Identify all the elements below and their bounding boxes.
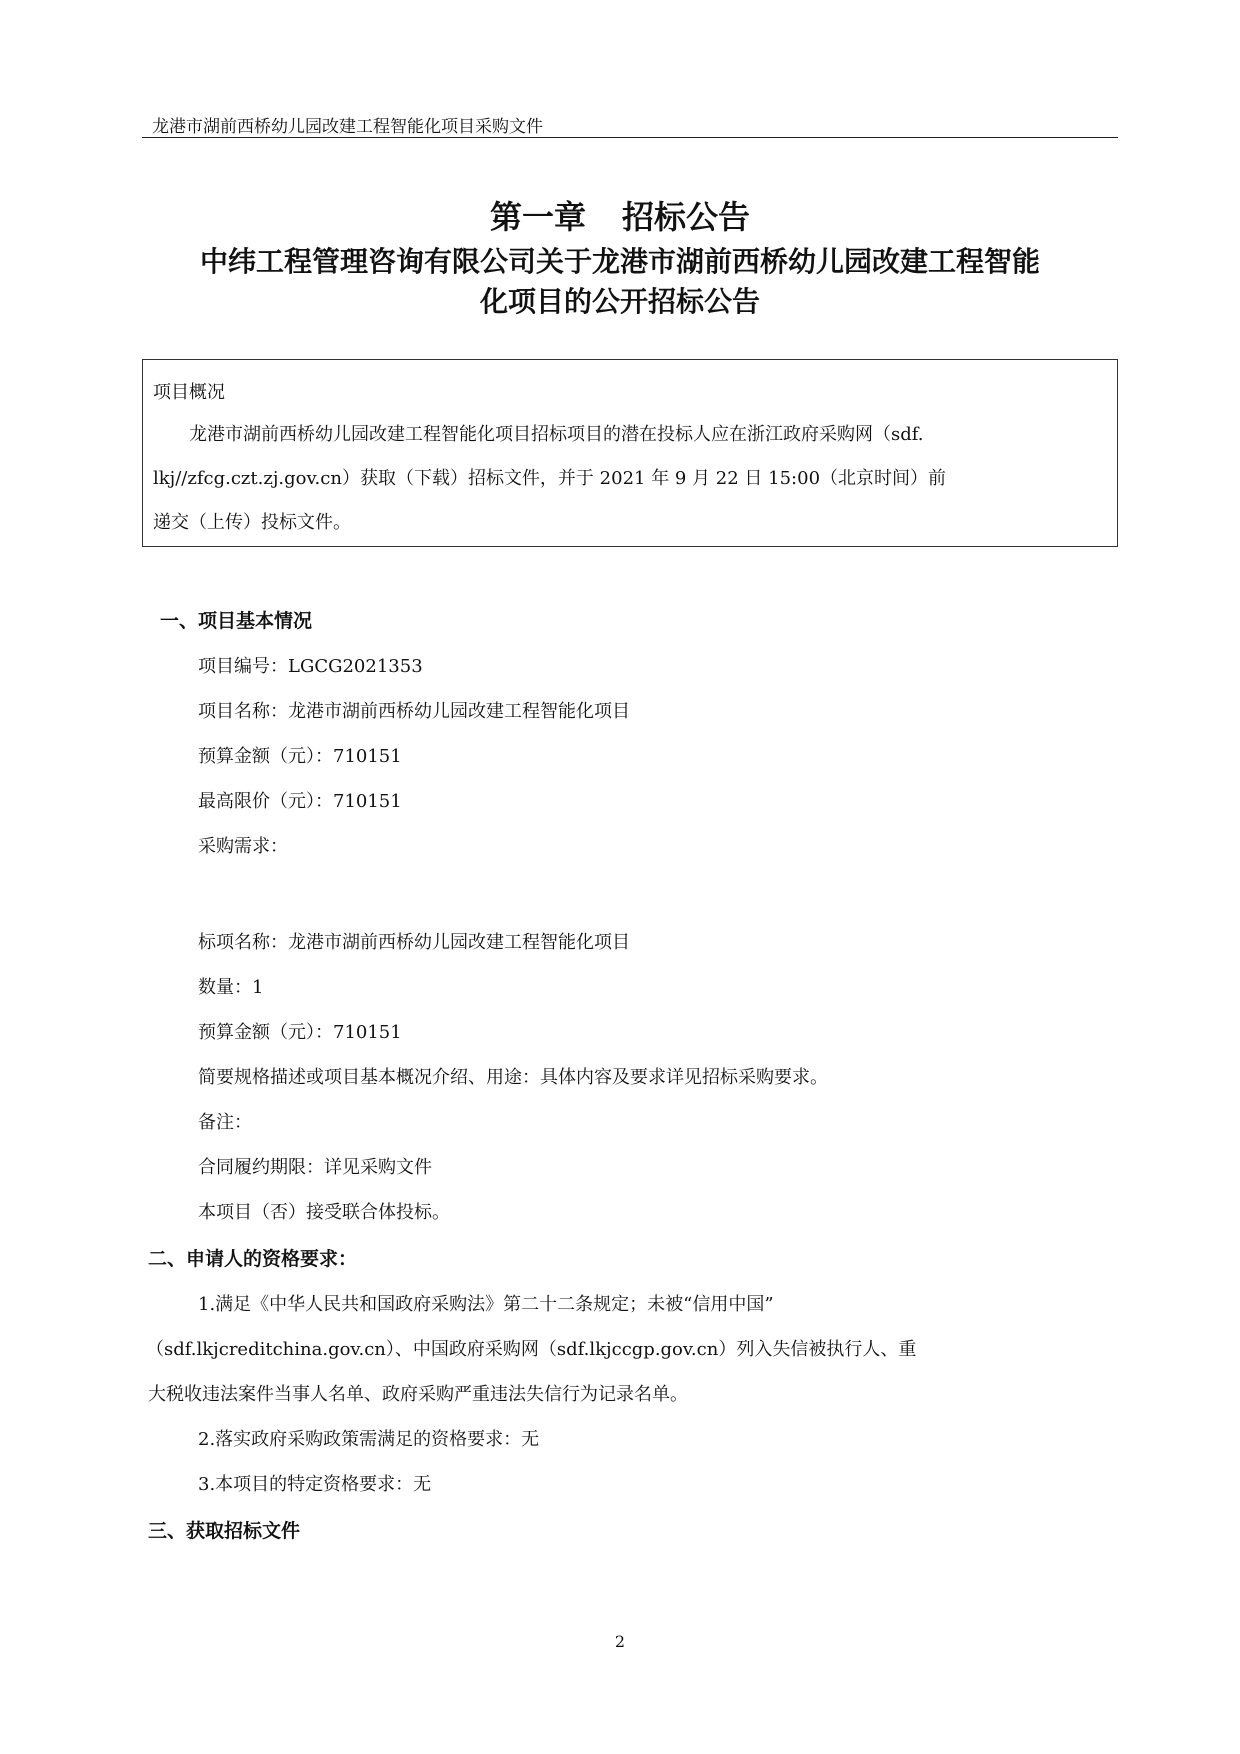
lot-budget: 预算金额（元）：710151 — [198, 1018, 402, 1044]
max-price: 最高限价（元）：710151 — [198, 787, 402, 813]
qualification-item-3: 3.本项目的特定资格要求：无 — [198, 1470, 431, 1496]
page-number: 2 — [0, 1632, 1240, 1651]
chapter-number: 第一章 — [490, 198, 586, 236]
header-divider — [142, 137, 1118, 138]
section2-heading: 二、申请人的资格要求： — [148, 1244, 357, 1271]
running-header: 龙港市湖前西桥幼儿园改建工程智能化项目采购文件 — [152, 112, 543, 137]
section3-heading: 三、获取招标文件 — [148, 1516, 300, 1543]
project-number: 项目编号：LGCG2021353 — [198, 652, 423, 678]
section1-heading: 一、项目基本情况 — [160, 606, 312, 633]
overview-line-2: lkj//zfcg.czt.zj.gov.cn）获取（下载）招标文件，并于 20… — [153, 464, 946, 490]
chapter-name: 招标公告 — [622, 198, 750, 236]
qualification-item-2: 2.落实政府采购政策需满足的资格要求：无 — [198, 1425, 539, 1451]
quantity: 数量：1 — [198, 973, 263, 999]
qualification-item-1-line2: （sdf.lkjcreditchina.gov.cn）、中国政府采购网（sdf.… — [146, 1335, 916, 1361]
overview-heading: 项目概况 — [153, 378, 225, 404]
brief-description: 简要规格描述或项目基本概况介绍、用途：具体内容及要求详见招标采购要求。 — [198, 1063, 828, 1089]
announcement-title-line2: 化项目的公开招标公告 — [0, 280, 1240, 320]
overview-line-3: 递交（上传）投标文件。 — [153, 508, 351, 534]
overview-line-1: 龙港市湖前西桥幼儿园改建工程智能化项目招标项目的潜在投标人应在浙江政府采购网（s… — [189, 420, 924, 446]
chapter-title: 第一章招标公告 — [0, 192, 1240, 238]
announcement-title-line1: 中纬工程管理咨询有限公司关于龙港市湖前西桥幼儿园改建工程智能 — [0, 240, 1240, 280]
procurement-demand-label: 采购需求： — [198, 832, 288, 858]
consortium-note: 本项目（否）接受联合体投标。 — [198, 1198, 450, 1224]
qualification-item-1-line1: 1.满足《中华人民共和国政府采购法》第二十二条规定；未被“信用中国” — [198, 1290, 774, 1316]
lot-name: 标项名称：龙港市湖前西桥幼儿园改建工程智能化项目 — [198, 928, 630, 954]
qualification-item-1-line3: 大税收违法案件当事人名单、政府采购严重违法失信行为记录名单。 — [148, 1380, 688, 1406]
budget-amount: 预算金额（元）：710151 — [198, 742, 402, 768]
project-overview-box: 项目概况 龙港市湖前西桥幼儿园改建工程智能化项目招标项目的潜在投标人应在浙江政府… — [142, 359, 1118, 547]
contract-period: 合同履约期限：详见采购文件 — [198, 1153, 432, 1179]
remarks-label: 备注： — [198, 1108, 252, 1134]
project-name: 项目名称：龙港市湖前西桥幼儿园改建工程智能化项目 — [198, 697, 630, 723]
